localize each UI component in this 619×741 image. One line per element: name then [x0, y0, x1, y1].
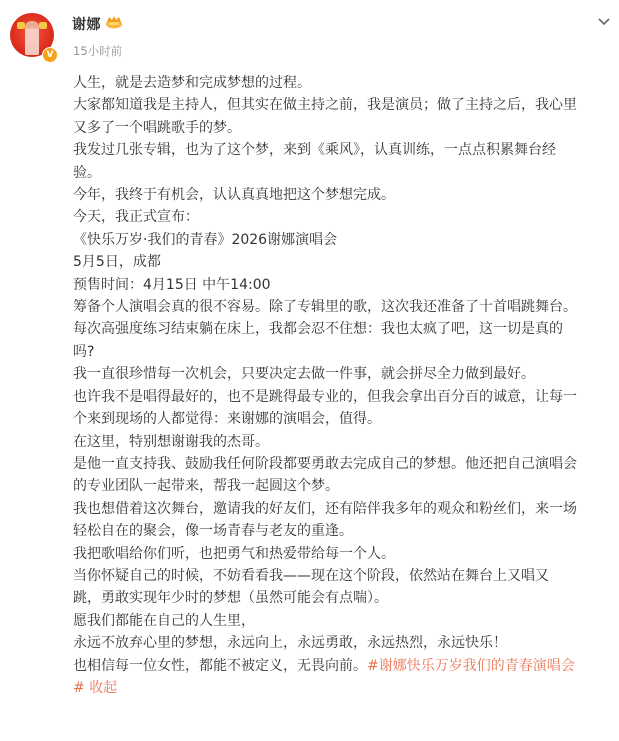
collapse-button[interactable]: 收起: [89, 680, 117, 696]
post-header: V 谢娜 15小时前: [0, 0, 619, 60]
avatar-figure: [25, 21, 39, 55]
hashtag-link[interactable]: #谢娜快乐万岁我们的青春演唱会: [367, 658, 575, 674]
post-line: 每次高强度练习结束躺在床上，我都会忍不住想：我也太疯了吧，这一切是真的: [73, 318, 618, 340]
post-line: 吗?: [73, 341, 618, 363]
post-line: 永远不放弃心里的梦想，永远向上，永远勇敢，永远热烈，永远快乐！: [73, 632, 618, 654]
post-line: 我一直很珍惜每一次机会，只要决定去做一件事，就会拼尽全力做到最好。: [73, 363, 618, 385]
post-line: 愿我们都能在自己的人生里，: [73, 610, 618, 632]
post-line: 预售时间：4月15日 中午14:00: [73, 274, 618, 296]
post-line: 又多了一个唱跳歌手的梦。: [73, 117, 618, 139]
hashtag-link-end[interactable]: #: [73, 680, 85, 696]
vip-crown-icon[interactable]: [104, 15, 124, 29]
post-line: 也许我不是唱得最好的，也不是跳得最专业的，但我会拿出百分百的诚意，让每一: [73, 386, 618, 408]
post-line: 当你怀疑自己的时候，不妨看看我——现在这个阶段，依然站在舞台上又唱又: [73, 565, 618, 587]
post-line: 今年，我终于有机会，认认真真地把这个梦想完成。: [73, 184, 618, 206]
post-line: 是他一直支持我、鼓励我任何阶段都要勇敢去完成自己的梦想。他还把自己演唱会: [73, 453, 618, 475]
post-line: 的专业团队一起带来，帮我一起圆这个梦。: [73, 475, 618, 497]
post-line: 筹备个人演唱会真的很不容易。除了专辑里的歌，这次我还准备了十首唱跳舞台。: [73, 296, 618, 318]
post-line: 5月5日，成都: [73, 251, 618, 273]
post-line-with-hashtag: 也相信每一位女性，都能不被定义，无畏向前。#谢娜快乐万岁我们的青春演唱会: [73, 655, 618, 677]
post-line: 我发过几张专辑，也为了这个梦，来到《乘风》，认真训练，一点点积累舞台经: [73, 139, 618, 161]
post-line: 大家都知道我是主持人，但其实在做主持之前，我是演员；做了主持之后，我心里: [73, 94, 618, 116]
post-line: 轻松自在的聚会，像一场青春与老友的重逢。: [73, 520, 618, 542]
post-timestamp[interactable]: 15小时前: [73, 43, 122, 59]
post-line-text: 也相信每一位女性，都能不被定义，无畏向前。: [73, 658, 367, 674]
author-name[interactable]: 谢娜: [72, 14, 101, 34]
post-body: 人生，就是去造梦和完成梦想的过程。 大家都知道我是主持人，但其实在做主持之前，我…: [73, 72, 618, 699]
post-line: 人生，就是去造梦和完成梦想的过程。: [73, 72, 618, 94]
chevron-down-icon[interactable]: [597, 17, 611, 27]
post-line: 个来到现场的人都觉得：来谢娜的演唱会，值得。: [73, 408, 618, 430]
post-line: 我把歌唱给你们听，也把勇气和热爱带给每一个人。: [73, 543, 618, 565]
post-line: 验。: [73, 162, 618, 184]
avatar-decoration-icon: [17, 22, 25, 29]
post-line: 我也想借着这次舞台，邀请我的好友们，还有陪伴我多年的观众和粉丝们，来一场: [73, 498, 618, 520]
post-line: 在这里，特别想谢谢我的杰哥。: [73, 431, 618, 453]
post-line: 《快乐万岁·我们的青春》2026谢娜演唱会: [73, 229, 618, 251]
avatar-decoration-icon: [39, 22, 47, 29]
post-line: 跳，勇敢实现年少时的梦想（虽然可能会有点喘）。: [73, 587, 618, 609]
post-line: 今天，我正式宣布：: [73, 206, 618, 228]
post-line-tail: # 收起: [73, 677, 618, 699]
verified-v-icon: V: [42, 47, 58, 63]
